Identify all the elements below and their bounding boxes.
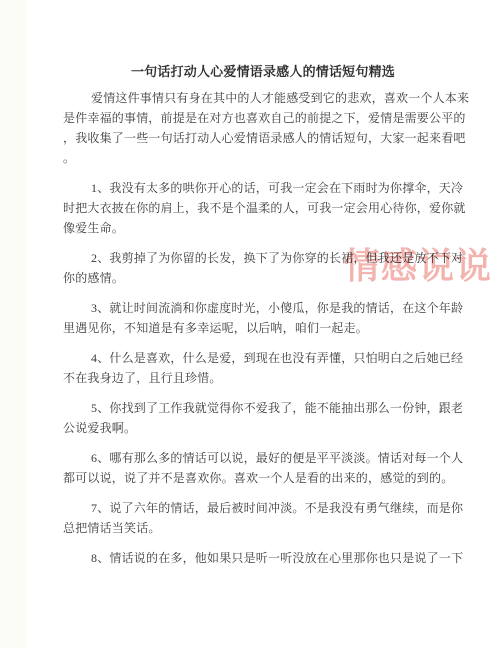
text-line: 。: [63, 148, 463, 168]
text-line: 1、我没有太多的哄你开心的话，可我一定会在下雨时为你撑伞，天冷: [63, 178, 463, 198]
text-line: 3、就让时间流淌和你虚度时光，小傻瓜，你是我的情话，在这个年龄: [63, 298, 463, 318]
text-line: 6、哪有那么多的情话可以说，最好的便是平平淡淡。情话对每一个人: [63, 448, 463, 468]
text-line: 4、什么是喜欢，什么是爱，到现在也没有弄懂，只怕明白之后她已经: [63, 348, 463, 368]
document-page: 一句话打动人心爱情语录感人的情话短句精选 爱情这件事情只有身在其中的人才能感受到…: [0, 0, 500, 648]
text-line: 是件幸福的事情，前提是在对方也喜欢自己的前提之下，爱情是需要公平的: [63, 108, 463, 128]
quote-paragraph-4: 4、什么是喜欢，什么是爱，到现在也没有弄懂，只怕明白之后她已经 不在我身边了，且…: [63, 348, 463, 388]
watermark: 情感说说: [344, 249, 492, 285]
text-line: 不在我身边了，且行且珍惜。: [63, 368, 463, 388]
page-title: 一句话打动人心爱情语录感人的情话短句精选: [63, 62, 463, 82]
text-line: ，我收集了一些一句话打动人心爱情语录感人的情话短句，大家一起来看吧: [63, 128, 463, 148]
text-line: 总把情话当笑话。: [63, 518, 463, 538]
quote-paragraph-3: 3、就让时间流淌和你虚度时光，小傻瓜，你是我的情话，在这个年龄 里遇见你，不知道…: [63, 298, 463, 338]
text-line: 爱情这件事情只有身在其中的人才能感受到它的悲欢，喜欢一个人本来: [63, 88, 463, 108]
text-line: 公说爱我啊。: [63, 418, 463, 438]
text-line: 都可以说，说了并不是喜欢你。喜欢一个人是看的出来的，感觉的到的。: [63, 468, 463, 488]
text-line: 里遇见你，不知道是有多幸运呢，以后呐，咱们一起走。: [63, 318, 463, 338]
text-line: 像爱生命。: [63, 218, 463, 238]
text-line: 时把大衣披在你的肩上，我不是个温柔的人，可我一定会用心待你，爱你就: [63, 198, 463, 218]
document-content: 一句话打动人心爱情语录感人的情话短句精选 爱情这件事情只有身在其中的人才能感受到…: [63, 62, 463, 578]
intro-paragraph: 爱情这件事情只有身在其中的人才能感受到它的悲欢，喜欢一个人本来 是件幸福的事情，…: [63, 88, 463, 168]
text-line: 7、说了六年的情话，最后被时间冲淡。不是我没有勇气继续，而是你: [63, 498, 463, 518]
scan-edge-shadow: [0, 0, 26, 648]
quote-paragraph-8: 8、情话说的在多，他如果只是听一听没放在心里那你也只是说了一下: [63, 548, 463, 568]
text-line: 8、情话说的在多，他如果只是听一听没放在心里那你也只是说了一下: [63, 548, 463, 568]
quote-paragraph-6: 6、哪有那么多的情话可以说，最好的便是平平淡淡。情话对每一个人 都可以说，说了并…: [63, 448, 463, 488]
text-line: 5、你找到了工作我就觉得你不爱我了，能不能抽出那么一份钟，跟老: [63, 398, 463, 418]
quote-paragraph-5: 5、你找到了工作我就觉得你不爱我了，能不能抽出那么一份钟，跟老 公说爱我啊。: [63, 398, 463, 438]
quote-paragraph-1: 1、我没有太多的哄你开心的话，可我一定会在下雨时为你撑伞，天冷 时把大衣披在你的…: [63, 178, 463, 238]
quote-paragraph-7: 7、说了六年的情话，最后被时间冲淡。不是我没有勇气继续，而是你 总把情话当笑话。: [63, 498, 463, 538]
